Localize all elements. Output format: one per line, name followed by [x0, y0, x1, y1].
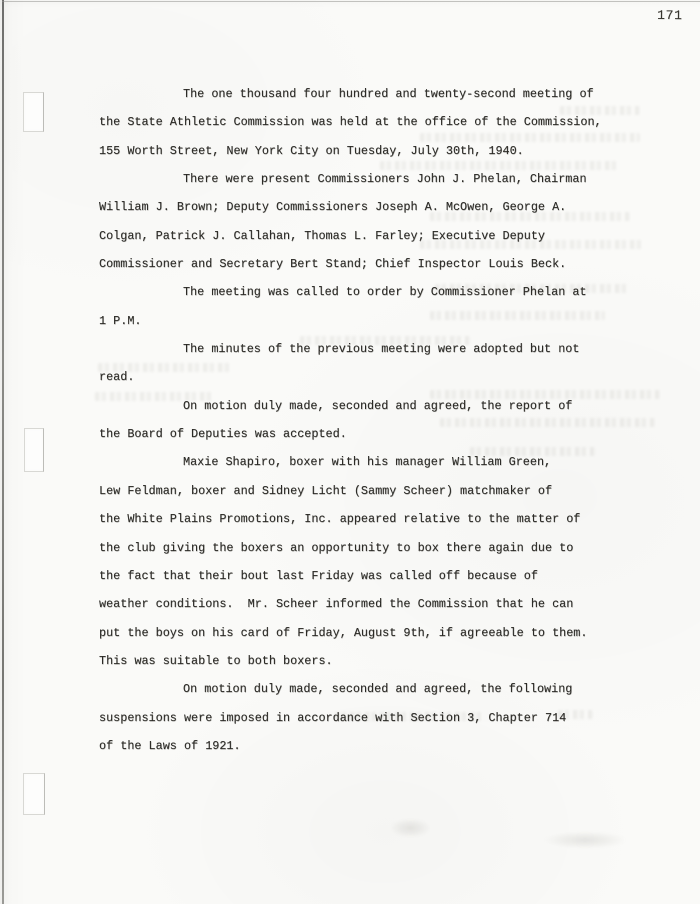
document-line: 1 P.M.	[99, 307, 679, 335]
punch-hole-mark	[23, 773, 45, 815]
document-line: 155 Worth Street, New York City on Tuesd…	[99, 137, 679, 165]
document-line: the White Plains Promotions, Inc. appear…	[99, 505, 679, 533]
document-line: the club giving the boxers an opportunit…	[99, 534, 679, 562]
document-line: The meeting was called to order by Commi…	[99, 278, 679, 306]
document-line: suspensions were imposed in accordance w…	[99, 704, 679, 732]
document-line: William J. Brown; Deputy Commissioners J…	[99, 193, 679, 221]
document-line: The minutes of the previous meeting were…	[99, 335, 679, 363]
document-line: Maxie Shapiro, boxer with his manager Wi…	[99, 448, 679, 476]
page-top-edge-line	[2, 1, 700, 2]
page-left-edge-line	[2, 0, 4, 904]
document-line: Colgan, Patrick J. Callahan, Thomas L. F…	[99, 222, 679, 250]
document-line: This was suitable to both boxers.	[99, 647, 679, 675]
document-line: the Board of Deputies was accepted.	[99, 420, 679, 448]
scan-smudge	[530, 828, 640, 852]
document-line: put the boys on his card of Friday, Augu…	[99, 619, 679, 647]
scan-smudge	[383, 815, 438, 841]
document-line: On motion duly made, seconded and agreed…	[99, 392, 679, 420]
punch-hole-mark	[23, 92, 44, 132]
document-line: the State Athletic Commission was held a…	[99, 108, 679, 136]
document-lines: The one thousand four hundred and twenty…	[99, 80, 679, 760]
document-line: read.	[99, 363, 679, 391]
document-line: Lew Feldman, boxer and Sidney Licht (Sam…	[99, 477, 679, 505]
document-line: Commissioner and Secretary Bert Stand; C…	[99, 250, 679, 278]
scanned-document-page: 171 The one thousand four hundred and tw…	[0, 0, 700, 904]
document-line: The one thousand four hundred and twenty…	[99, 80, 679, 108]
document-line: weather conditions. Mr. Scheer informed …	[99, 590, 679, 618]
document-line: of the Laws of 1921.	[99, 732, 679, 760]
document-line: On motion duly made, seconded and agreed…	[99, 675, 679, 703]
document-line: There were present Commissioners John J.…	[99, 165, 679, 193]
punch-hole-mark	[24, 428, 44, 472]
document-line: the fact that their bout last Friday was…	[99, 562, 679, 590]
page-number: 171	[657, 8, 683, 23]
